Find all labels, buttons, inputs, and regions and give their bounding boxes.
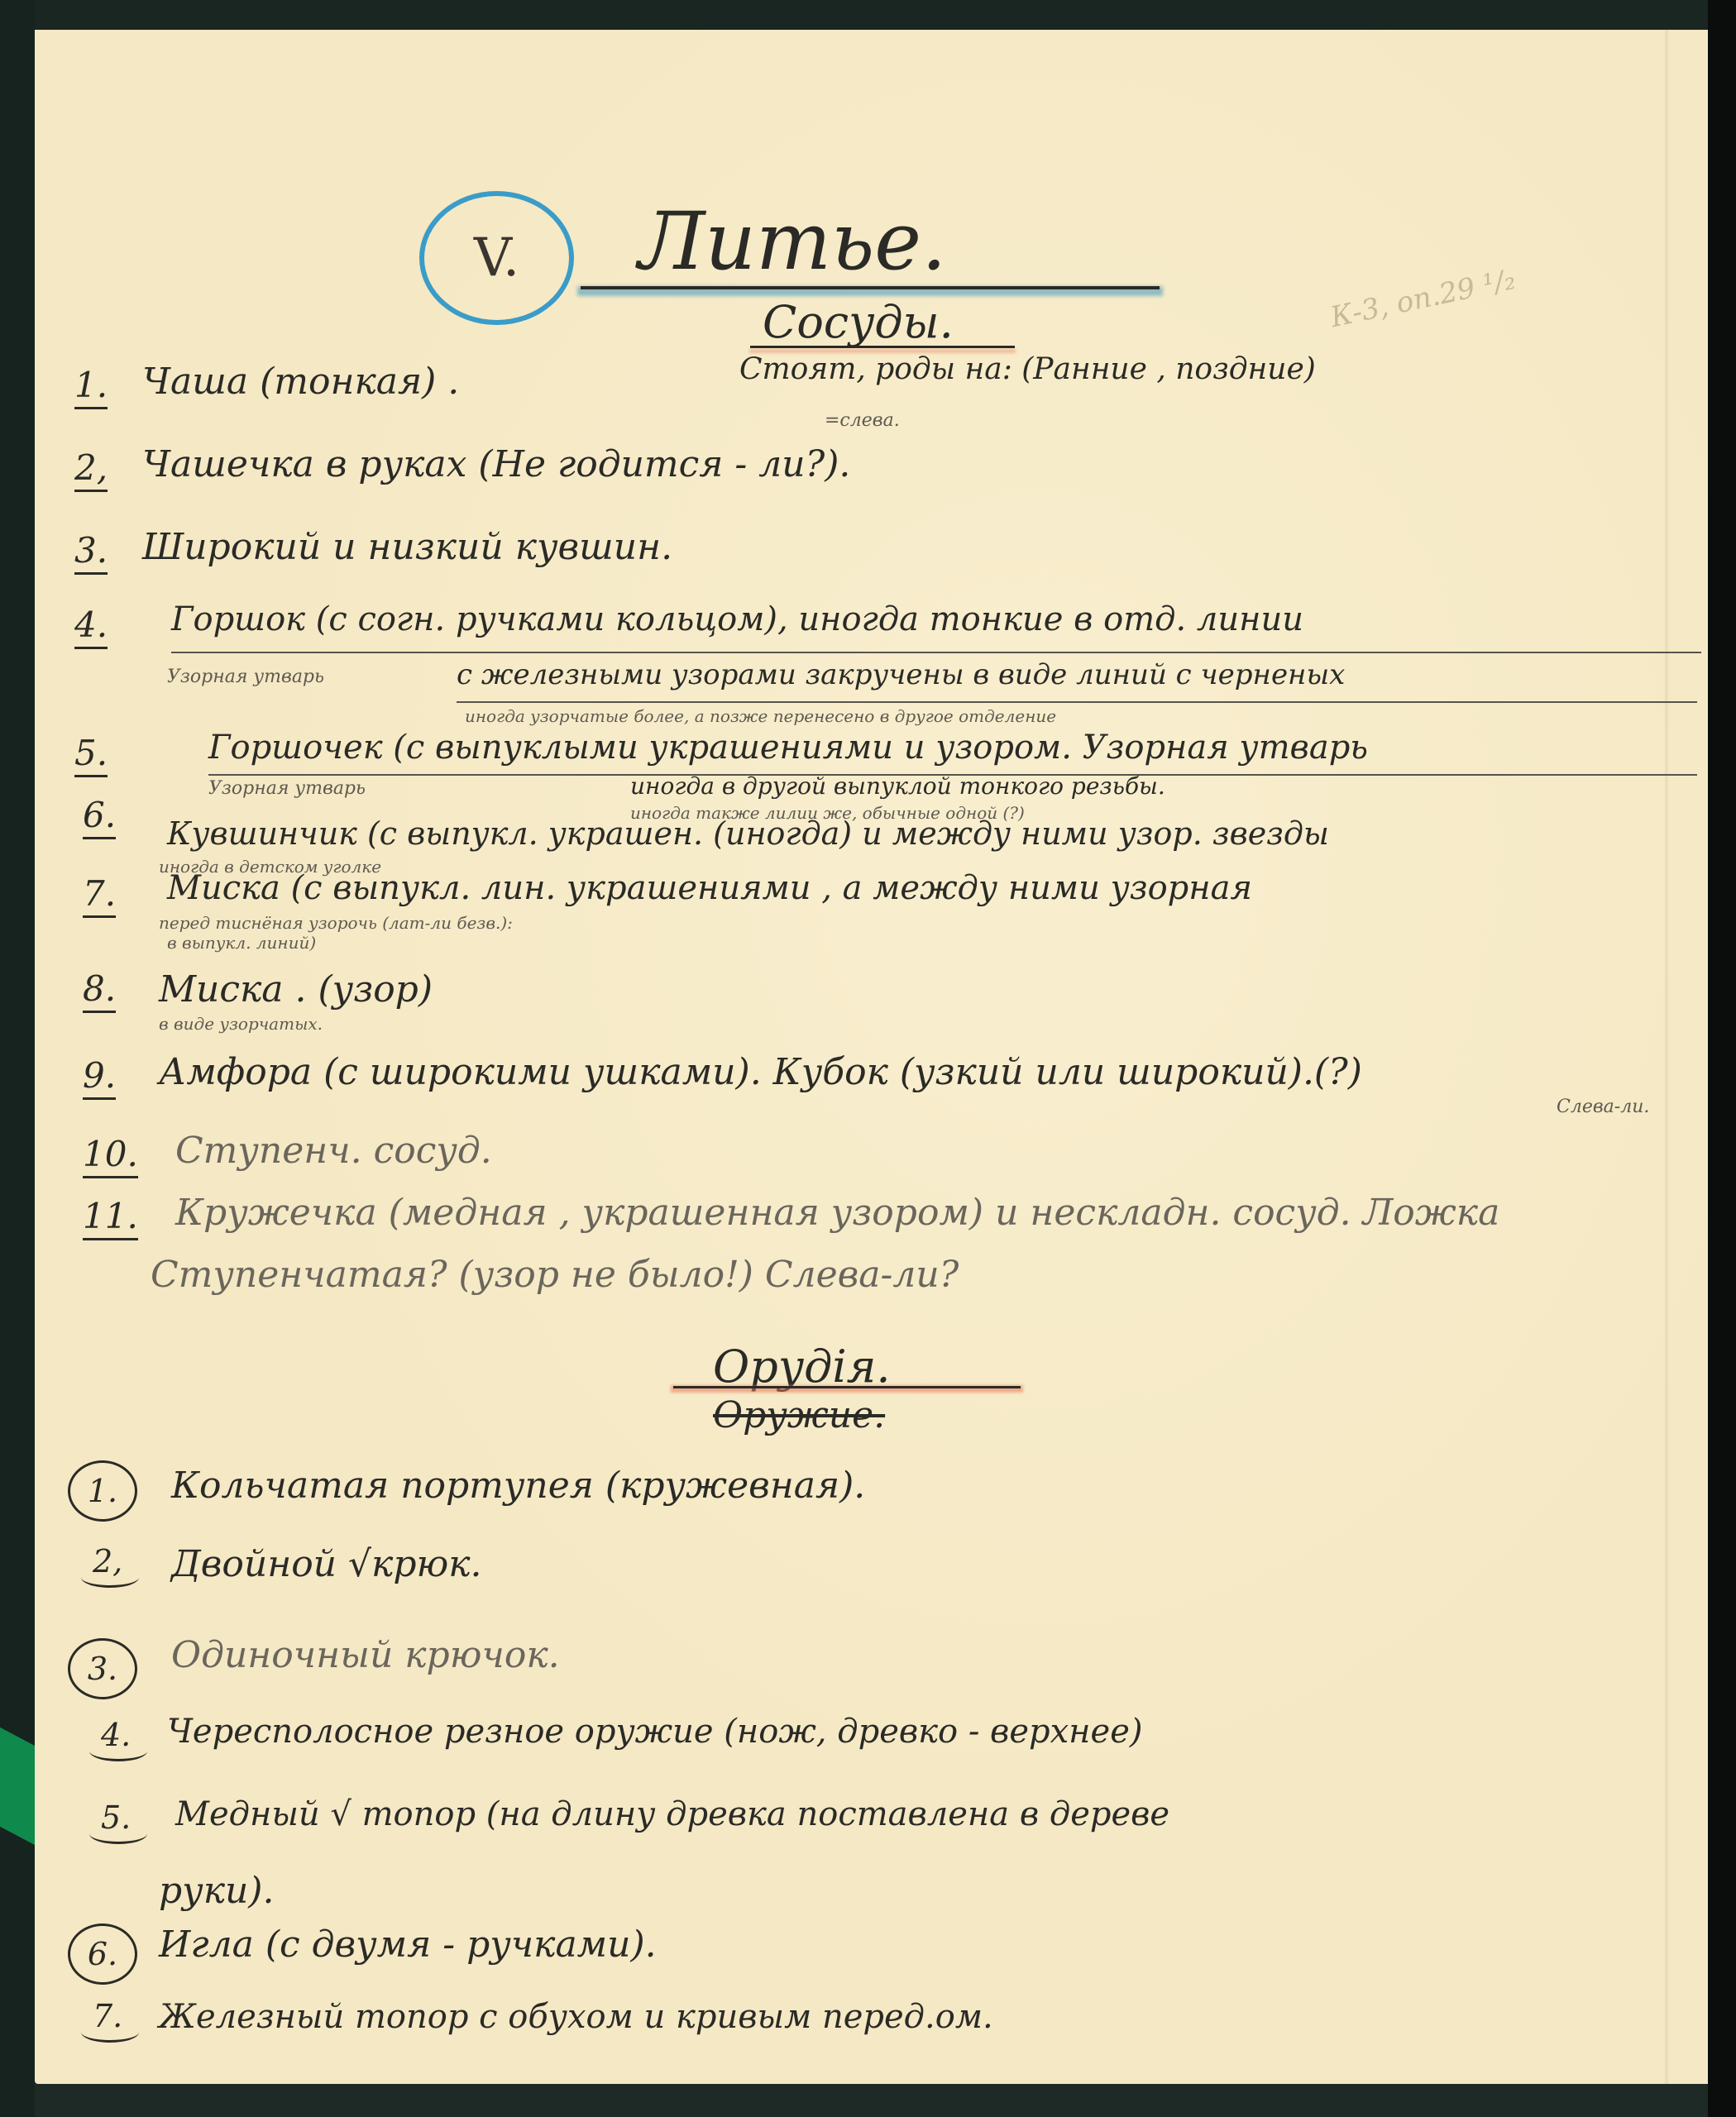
circled-item-number: 6. [68,1923,137,1985]
list-item-continuation: Ступенчатая? (узор не было!) Слева-ли? [151,1254,959,1296]
list-item-number: 11. [83,1196,138,1240]
vessels-top-note-sub: =слева. [825,410,900,431]
list-item: Чаша (тонкая) . [142,361,459,403]
circled-item-number: 1. [68,1460,137,1522]
struck-heading: Оружие. [713,1394,885,1436]
list-item: Амфора (с широкими ушками). Кубок (узкий… [159,1051,1362,1093]
margin-note: в виде узорчатых. [159,1014,323,1034]
list-item: Железный топор с обухом и кривым перед.о… [159,1998,993,2036]
vessels-heading: Сосуды. [763,296,954,348]
list-item: Двойной √крюк. [171,1543,481,1585]
list-item: Широкий и низкий кувшин. [142,526,672,568]
list-item: Миска (с выпукл. лин. украшениями , а ме… [167,869,1252,907]
underline [457,701,1697,703]
item-number: 1. [88,1473,117,1509]
title-underline [581,286,1160,289]
manuscript-page: V. Литье. К-3, оп.29 ¹/₂ Сосуды. Стоят, … [35,30,1708,2084]
margin-note: Узорная утварь [167,667,324,687]
list-item-continuation: с железными узорами закручены в виде лин… [457,658,1345,691]
margin-note: перед тиснёная узорочь (лат-ли безв.): [159,913,513,933]
list-item-number: 4. [74,605,108,649]
scan-backdrop-right [1708,0,1736,2117]
margin-note: Узорная утварь [208,778,366,799]
item-number: 5. [101,1799,131,1836]
vessels-top-note: Стоят, роды на: (Ранние , поздние) [739,352,1316,386]
archive-mark: К-3, оп.29 ¹/₂ [1327,263,1518,334]
list-item: Кружечка (медная , украшенная узором) и … [175,1192,1499,1234]
page-title: Литье. [638,195,947,288]
list-item-number: 6. [83,795,116,839]
list-item-number: 8. [83,968,116,1013]
circled-item-number: 3. [68,1638,137,1699]
list-item-number: 7. [83,873,116,918]
list-item-number: 10. [83,1134,138,1178]
tools-heading-underline [673,1386,1021,1388]
item-number: 7. [93,1998,122,2034]
item-number: 4. [101,1717,131,1753]
list-item: Медный √ топор (на длину древка поставле… [175,1795,1169,1833]
list-item-continuation: в выпукл. линий) [167,933,316,953]
list-item-continuation: иногда в другой выпуклой тонкого резьбы. [630,772,1165,800]
list-item: Одиночный крючок. [171,1634,560,1676]
vessels-heading-underline [750,346,1015,348]
item-number: 3. [88,1651,117,1687]
list-item: Игла (с двумя - ручками). [159,1923,657,1966]
underline [171,652,1701,653]
section-number: V. [474,227,519,289]
list-item: Ступенч. сосуд. [175,1130,492,1172]
list-item-number: 9. [83,1055,116,1100]
section-number-circled: V. [419,191,574,325]
scan-backdrop-top [0,0,1736,31]
item-number: 2, [93,1543,122,1579]
list-item-number: 3. [74,530,108,575]
list-item: Кольчатая портупея (кружевная). [171,1465,865,1507]
list-item: Чересполосное резное оружие (нож, древко… [167,1713,1142,1751]
list-item: Миска . (узор) [159,968,433,1011]
list-item: Чашечка в руках (Не годится - ли?). [142,443,850,485]
list-item-number: 2, [74,447,108,492]
list-item-number: 5. [74,733,108,777]
list-item-continuation: руки). [159,1870,274,1912]
above-note: иногда узорчатые более, а позже перенесе… [465,706,1056,726]
list-item: Горшочек (с выпуклыми украшениями и узор… [208,729,1368,767]
list-item-number: 1. [74,365,108,409]
list-item: Кувшинчик (с выпукл. украшен. (иногда) и… [167,815,1329,852]
tools-heading: Орудія. [713,1340,891,1393]
right-note: Слева-ли. [1557,1097,1649,1117]
list-item: Горшок (с согн. ручками кольцом), иногда… [171,600,1303,638]
item-number: 6. [88,1936,117,1972]
